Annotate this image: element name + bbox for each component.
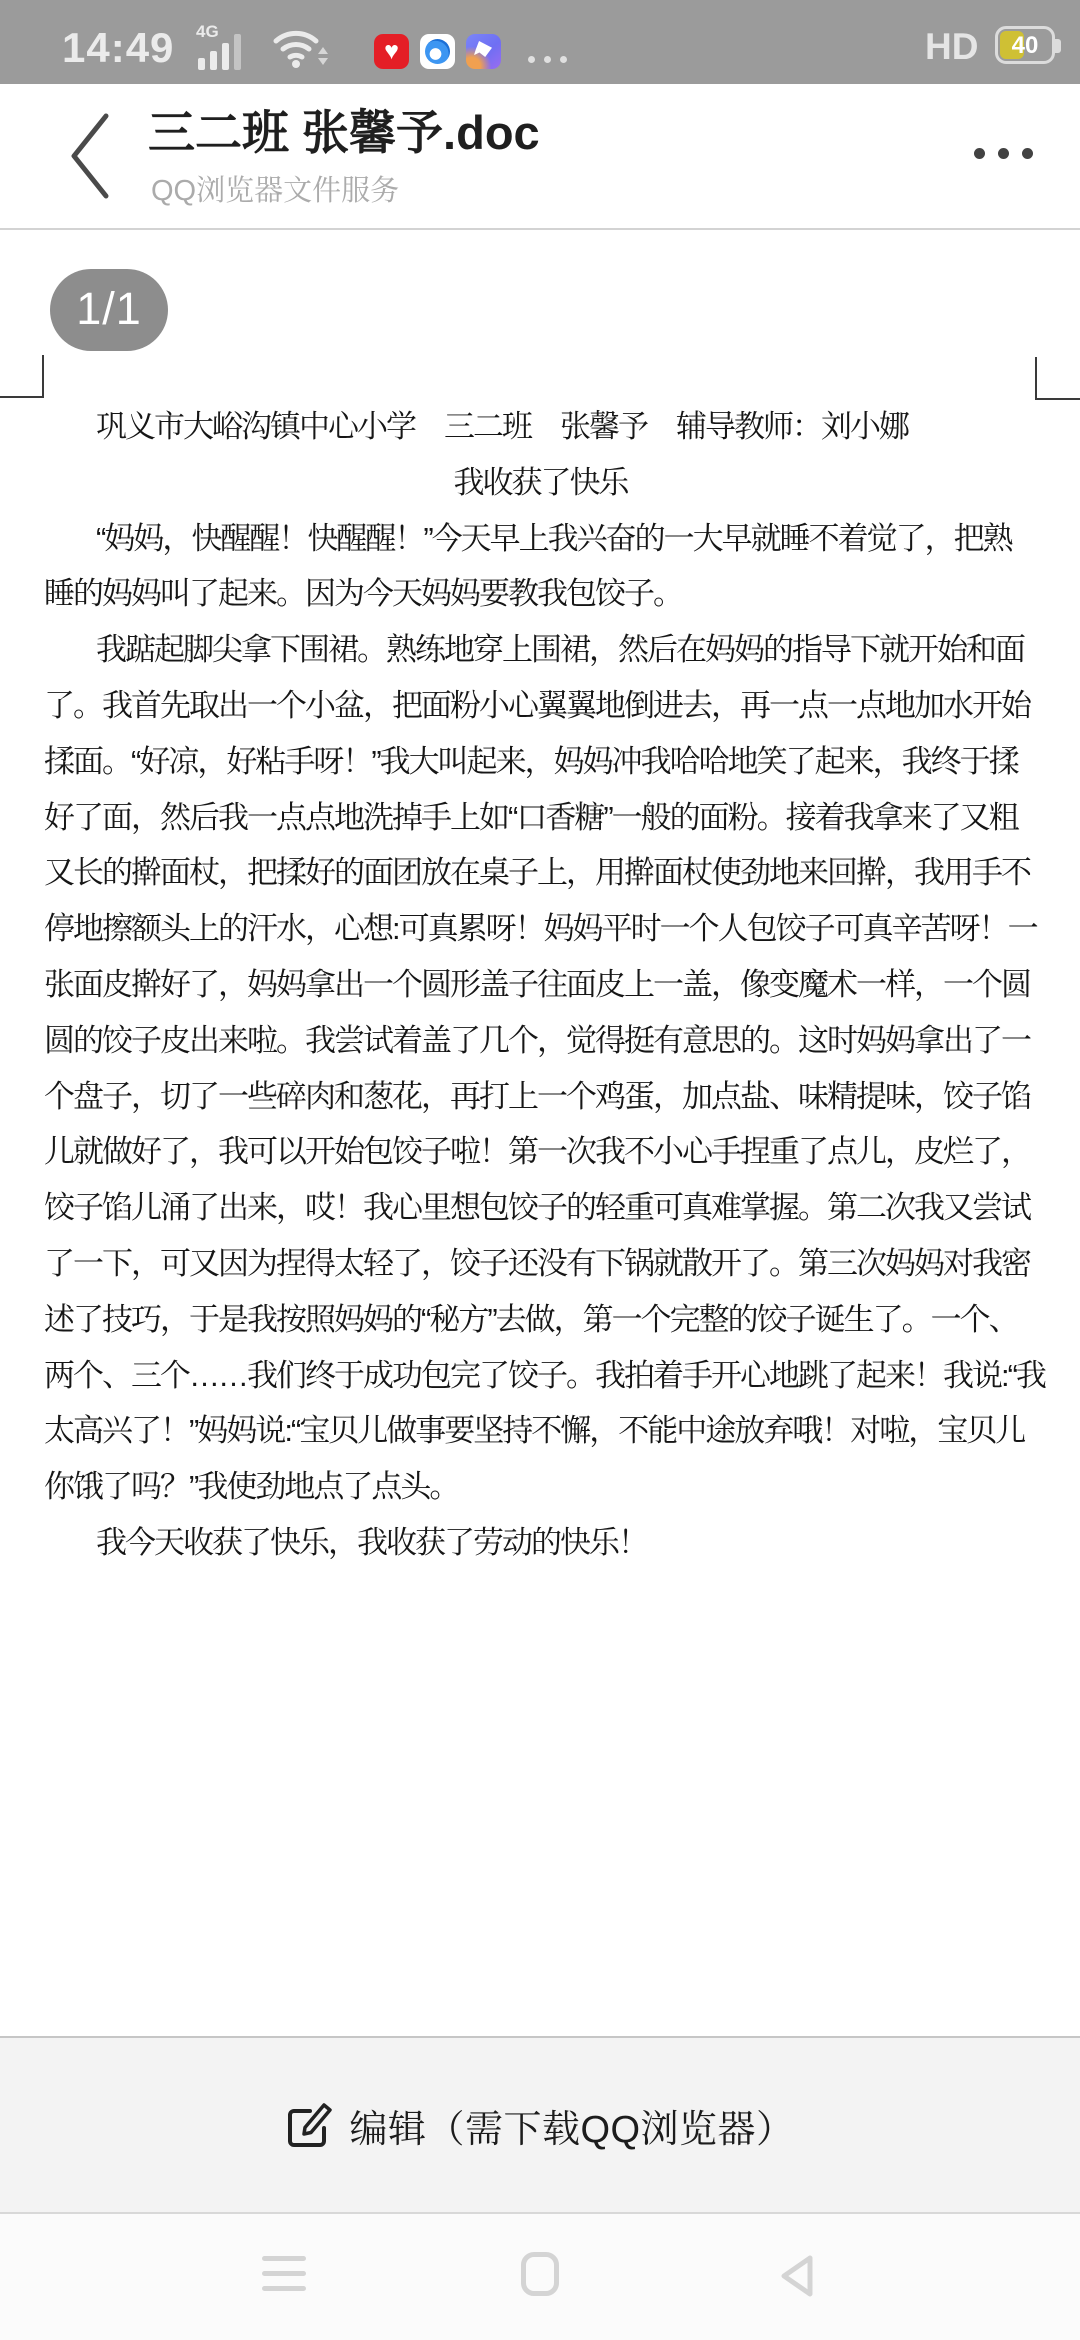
- doc-line: 我踮起脚尖拿下围裙。熟练地穿上围裙，然后在妈妈的指导下就开始和面: [44, 622, 1037, 678]
- doc-line: 两个、三个……我们终于成功包完了饺子。我拍着手开心地跳了起来！我说:“我: [44, 1348, 1037, 1404]
- doc-line: 太高兴了！”妈妈说:“宝贝儿做事要坚持不懈，不能中途放弃哦！对啦，宝贝儿: [44, 1403, 1037, 1459]
- header: 三二班 张馨予.doc QQ浏览器文件服务: [0, 84, 1080, 230]
- clock-text: 14:49: [62, 24, 174, 72]
- qq-browser-app-icon: [420, 34, 455, 69]
- battery-percent-text: 40: [998, 32, 1052, 60]
- doc-line: 张面皮擀好了，妈妈拿出一个圆形盖子往面皮上一盖，像变魔术一样，一个圆: [44, 957, 1037, 1013]
- document-body: 巩义市大峪沟镇中心小学 三二班 张馨予 辅导教师：刘小娜 我收获了快乐 “妈妈，…: [44, 399, 1037, 1571]
- edit-pencil-icon: [285, 2101, 333, 2149]
- doc-line: 睡的妈妈叫了起来。因为今天妈妈要教我包饺子。: [44, 566, 1037, 622]
- doc-line: 停地擦额头上的汗水，心想:可真累呀！妈妈平时一个人包饺子可真辛苦呀！一: [44, 901, 1037, 957]
- theme-brush-app-icon: [466, 34, 501, 69]
- status-bar: 14:49 4G ♥ HD 40: [0, 0, 1080, 84]
- cellular-signal-icon: 4G: [196, 22, 258, 70]
- doc-line: 好了面，然后我一点点地洗掉手上如“口香糖”一般的面粉。接着我拿来了又粗: [44, 790, 1037, 846]
- doc-line: 儿就做好了，我可以开始包饺子啦！第一次我不小心手捏重了点儿，皮烂了，: [44, 1124, 1037, 1180]
- doc-line: 巩义市大峪沟镇中心小学 三二班 张馨予 辅导教师：刘小娜: [44, 399, 1037, 455]
- doc-line: 饺子馅儿涌了出来，哎！我心里想包饺子的轻重可真难掌握。第二次我又尝试: [44, 1180, 1037, 1236]
- wifi-icon: [272, 24, 330, 72]
- document-title: 三二班 张馨予.doc: [148, 96, 540, 163]
- doc-line: 又长的擀面杖，把揉好的面团放在桌子上，用擀面杖使劲地来回擀，我用手不: [44, 845, 1037, 901]
- page-corner-mark-right: [1035, 357, 1080, 400]
- page-indicator-badge: 1/1: [50, 269, 168, 351]
- heart-app-icon: ♥: [374, 34, 409, 69]
- battery-icon: 40: [995, 26, 1055, 64]
- edit-button-label: 编辑（需下载QQ浏览器）: [349, 2098, 794, 2153]
- doc-line: “妈妈，快醒醒！快醒醒！”今天早上我兴奋的一大早就睡不着觉了，把熟: [44, 511, 1037, 567]
- doc-line: 个盘子，切了一些碎肉和葱花，再打上一个鸡蛋，加点盐、味精提味，饺子馅: [44, 1069, 1037, 1125]
- doc-line: 我收获了快乐: [44, 455, 1037, 511]
- doc-line: 了一下，可又因为捏得太轻了，饺子还没有下锅就散开了。第三次妈妈对我密: [44, 1236, 1037, 1292]
- screen: 14:49 4G ♥ HD 40: [0, 0, 1080, 2340]
- doc-line: 了。我首先取出一个小盆，把面粉小心翼翼地倒进去，再一点一点地加水开始: [44, 678, 1037, 734]
- doc-line: 你饿了吗？”我使劲地点了点头。: [44, 1459, 1037, 1515]
- doc-line: 揉面。“好凉，好粘手呀！”我大叫起来，妈妈冲我哈哈地笑了起来，我终于揉: [44, 734, 1037, 790]
- doc-line: 我今天收获了快乐，我收获了劳动的快乐！: [44, 1515, 1037, 1571]
- back-button[interactable]: [58, 104, 128, 204]
- network-type-label: 4G: [196, 22, 219, 42]
- document-source-subtitle: QQ浏览器文件服务: [151, 168, 399, 209]
- recent-apps-icon[interactable]: [262, 2256, 306, 2294]
- chevron-left-icon: [58, 104, 128, 204]
- doc-line: 圆的饺子皮出来啦。我尝试着盖了几个，觉得挺有意思的。这时妈妈拿出了一: [44, 1013, 1037, 1069]
- navigation-bar: [0, 2214, 1080, 2340]
- overflow-menu-button[interactable]: [960, 124, 1060, 184]
- back-icon[interactable]: [774, 2252, 818, 2300]
- page-corner-mark-left: [0, 355, 44, 398]
- edit-button[interactable]: 编辑（需下载QQ浏览器）: [0, 2036, 1080, 2214]
- home-icon[interactable]: [521, 2252, 559, 2296]
- more-notifications-icon: [528, 50, 576, 68]
- doc-line: 述了技巧，于是我按照妈妈的“秘方”去做，第一个完整的饺子诞生了。一个、: [44, 1292, 1037, 1348]
- hd-indicator: HD: [925, 26, 978, 68]
